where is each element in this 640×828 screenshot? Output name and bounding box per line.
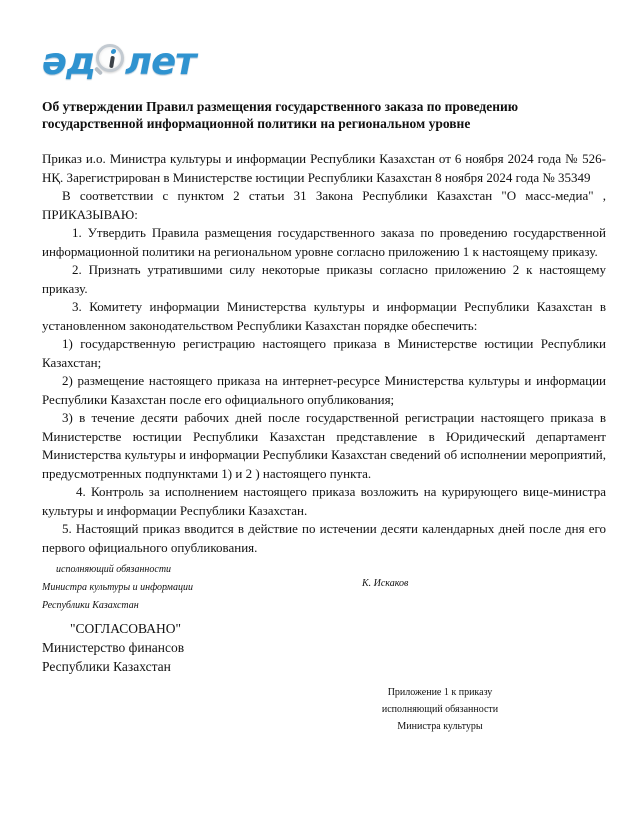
order-meta: Приказ и.о. Министра культуры и информац…	[42, 150, 606, 187]
order-clause-4: 4. Контроль за исполнением настоящего пр…	[42, 483, 606, 520]
signatory-position-line: Министра культуры и информации	[42, 579, 606, 597]
order-subclause-3: 3) в течение десяти рабочих дней после г…	[42, 409, 606, 483]
order-clause-5: 5. Настоящий приказ вводится в действие …	[42, 520, 606, 557]
signature-block: исполняющий обязанности Министра культур…	[42, 561, 606, 615]
magnifier-i-dot	[111, 49, 117, 54]
signatory-position-line: Республики Казахстан	[42, 597, 606, 615]
order-subclause-2: 2) размещение настоящего приказа на инте…	[42, 372, 606, 409]
order-clause-2: 2. Признать утратившими силу некоторые п…	[42, 261, 606, 298]
document-title: Об утверждении Правил размещения государ…	[42, 98, 547, 132]
appendix-note: Приложение 1 к приказу исполняющий обяза…	[330, 684, 550, 735]
approval-block: "СОГЛАСОВАНО" Министерство финансов Респ…	[42, 619, 606, 676]
order-preamble: В соответствии с пунктом 2 статьи 31 Зак…	[42, 187, 606, 224]
order-clause-1: 1. Утвердить Правила размещения государс…	[42, 224, 606, 261]
order-clause-3: 3. Комитету информации Министерства куль…	[42, 298, 606, 335]
document-page: әд лет Об утверждении Правил размещения …	[0, 0, 640, 828]
logo-text-left: әд	[42, 40, 95, 84]
signatory-position-line: исполняющий обязанности	[56, 561, 606, 579]
approval-line: Республики Казахстан	[42, 657, 606, 676]
logo-text-right: лет	[125, 40, 196, 84]
signatory-name: К. Искаков	[362, 575, 408, 593]
order-subclause-1: 1) государственную регистрацию настоящег…	[42, 335, 606, 372]
approval-line: "СОГЛАСОВАНО"	[70, 619, 606, 638]
magnifier-i-stem	[109, 56, 115, 68]
appendix-line: исполняющий обязанности	[330, 701, 550, 718]
approval-line: Министерство финансов	[42, 638, 606, 657]
appendix-line: Приложение 1 к приказу	[330, 684, 550, 701]
appendix-line: Министра культуры	[330, 718, 550, 735]
adilet-logo: әд лет	[42, 36, 606, 84]
magnifier-icon	[96, 44, 124, 72]
